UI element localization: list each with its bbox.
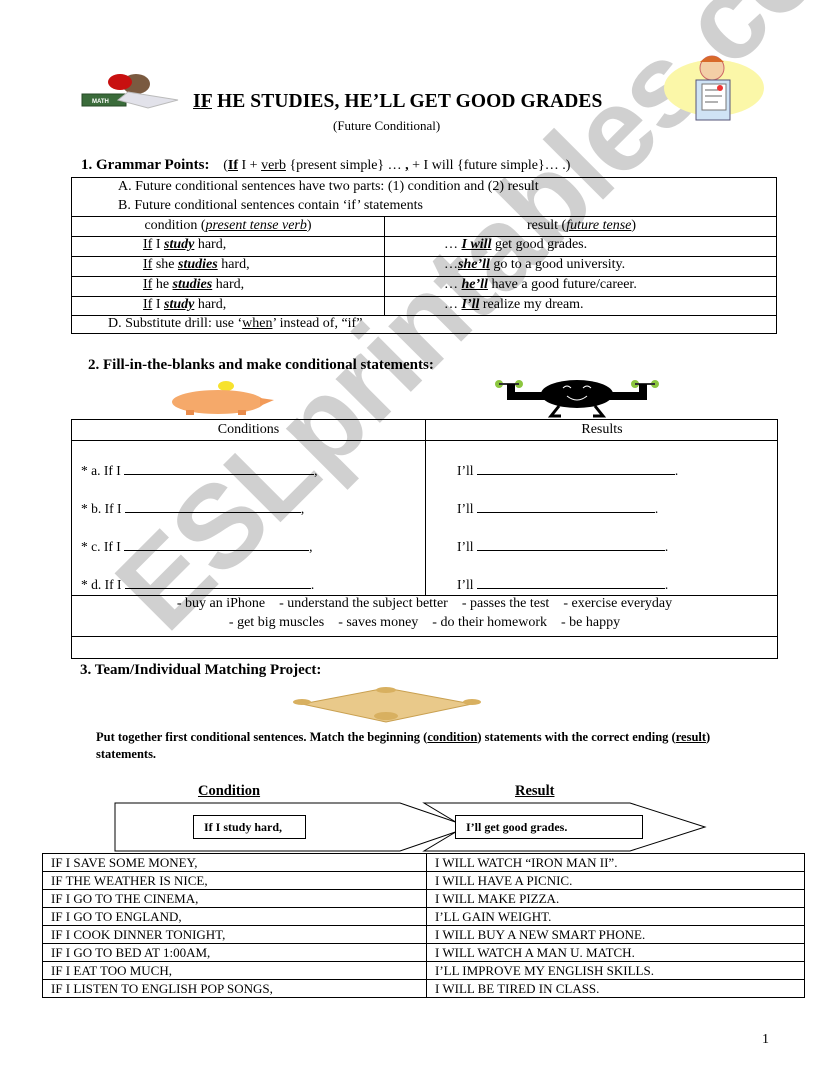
grammar-formula: (If I + verb {present simple} … , + I wi…: [223, 158, 570, 173]
matching-instructions: Put together first conditional sentences…: [96, 729, 716, 763]
fill-item-a-result: I’ll .: [457, 460, 678, 479]
matching-row: IF I COOK DINNER TONIGHT,I WILL BUY A NE…: [43, 926, 805, 944]
section3-heading: 3. Team/Individual Matching Project:: [80, 662, 321, 679]
result-column-header: result (future tense): [385, 218, 778, 234]
fill-item-a-condition: * a. If I ,: [81, 460, 317, 479]
matching-result-cell[interactable]: I WILL WATCH “IRON MAN II”.: [427, 854, 805, 872]
matching-condition-cell[interactable]: IF I COOK DINNER TONIGHT,: [43, 926, 427, 944]
blank-c-condition[interactable]: [124, 536, 309, 551]
example-result-1: … I will get good grades.: [444, 237, 587, 253]
matching-row: IF I GO TO ENGLAND,I’LL GAIN WEIGHT.: [43, 908, 805, 926]
example-result-2: …she’ll go to a good university.: [444, 257, 625, 273]
matching-row: IF I LISTEN TO ENGLISH POP SONGS,I WILL …: [43, 980, 805, 998]
matching-result-cell[interactable]: I WILL BE TIRED IN CLASS.: [427, 980, 805, 998]
svg-text:MATH: MATH: [92, 99, 109, 105]
matching-condition-cell[interactable]: IF I GO TO BED AT 1:00AM,: [43, 944, 427, 962]
blank-a-result[interactable]: [477, 460, 675, 475]
point-d: D. Substitute drill: use ‘when’ instead …: [108, 316, 362, 332]
title-if: IF: [193, 91, 212, 112]
page-title: IF HE STUDIES, HE’LL GET GOOD GRADES: [193, 91, 602, 113]
kid-report-image: [662, 52, 766, 124]
point-a: A. Future conditional sentences have two…: [118, 179, 539, 195]
word-bank-row-1: - buy an iPhone- understand the subject …: [72, 596, 777, 612]
blank-d-condition[interactable]: [125, 574, 311, 589]
fill-item-d-result: I’ll .: [457, 574, 668, 593]
blank-a-condition[interactable]: [124, 460, 314, 475]
example-result-4: … I’ll realize my dream.: [444, 297, 584, 313]
conditions-column-header: Conditions: [72, 422, 425, 438]
blank-b-result[interactable]: [477, 498, 655, 513]
page-subtitle: (Future Conditional): [333, 118, 440, 134]
boy-studying-image: MATH: [78, 70, 188, 110]
blank-c-result[interactable]: [477, 536, 665, 551]
blank-d-result[interactable]: [477, 574, 665, 589]
word-bank-row-2: - get big muscles- saves money- do their…: [72, 615, 777, 631]
blank-b-condition[interactable]: [125, 498, 301, 513]
matching-result-cell[interactable]: I WILL MAKE PIZZA.: [427, 890, 805, 908]
result-heading: Result: [515, 783, 554, 800]
point-b: B. Future conditional sentences contain …: [118, 198, 423, 214]
matching-condition-cell[interactable]: IF I GO TO THE CINEMA,: [43, 890, 427, 908]
teamwork-image: [282, 684, 492, 728]
matching-condition-cell[interactable]: IF I GO TO ENGLAND,: [43, 908, 427, 926]
example-condition-box: If I study hard,: [193, 815, 306, 839]
matching-row: IF I SAVE SOME MONEY,I WILL WATCH “IRON …: [43, 854, 805, 872]
matching-result-cell[interactable]: I’LL IMPROVE MY ENGLISH SKILLS.: [427, 962, 805, 980]
fill-item-c-result: I’ll .: [457, 536, 668, 555]
matching-result-cell[interactable]: I WILL HAVE A PICNIC.: [427, 872, 805, 890]
fill-item-b-condition: * b. If I ,: [81, 498, 304, 517]
grammar-points-box: A. Future conditional sentences have two…: [71, 177, 777, 334]
fill-in-table: Conditions Results * a. If I , I’ll . * …: [71, 419, 778, 659]
matching-condition-cell[interactable]: IF I LISTEN TO ENGLISH POP SONGS,: [43, 980, 427, 998]
example-condition-4: If I study hard,: [143, 297, 226, 313]
fill-item-b-result: I’ll .: [457, 498, 658, 517]
section1-heading: 1. Grammar Points: (If I + verb {present…: [81, 157, 570, 174]
example-condition-3: If he studies hard,: [143, 277, 244, 293]
fill-item-d-condition: * d. If I .: [81, 574, 314, 593]
matching-condition-cell[interactable]: IF I SAVE SOME MONEY,: [43, 854, 427, 872]
fill-item-c-condition: * c. If I ,: [81, 536, 312, 555]
strongman-image: [493, 378, 663, 418]
results-column-header: Results: [426, 422, 778, 438]
condition-column-header: condition (present tense verb): [72, 218, 384, 234]
matching-result-cell[interactable]: I WILL WATCH A MAN U. MATCH.: [427, 944, 805, 962]
title-rest: HE STUDIES, HE’LL GET GOOD GRADES: [212, 91, 602, 112]
example-condition-1: If I study hard,: [143, 237, 226, 253]
matching-result-cell[interactable]: I’LL GAIN WEIGHT.: [427, 908, 805, 926]
matching-condition-cell[interactable]: IF THE WEATHER IS NICE,: [43, 872, 427, 890]
matching-row: IF THE WEATHER IS NICE,I WILL HAVE A PIC…: [43, 872, 805, 890]
matching-row: IF I EAT TOO MUCH,I’LL IMPROVE MY ENGLIS…: [43, 962, 805, 980]
page-number: 1: [762, 1032, 769, 1048]
example-condition-2: If she studies hard,: [143, 257, 250, 273]
matching-row: IF I GO TO BED AT 1:00AM,I WILL WATCH A …: [43, 944, 805, 962]
matching-table: IF I SAVE SOME MONEY,I WILL WATCH “IRON …: [42, 853, 805, 998]
piggy-bank-image: [168, 380, 276, 416]
example-result-box: I’ll get good grades.: [455, 815, 643, 839]
condition-heading: Condition: [198, 783, 260, 800]
matching-result-cell[interactable]: I WILL BUY A NEW SMART PHONE.: [427, 926, 805, 944]
matching-row: IF I GO TO THE CINEMA,I WILL MAKE PIZZA.: [43, 890, 805, 908]
example-result-3: … he’ll have a good future/career.: [444, 277, 637, 293]
section2-heading: 2. Fill-in-the-blanks and make condition…: [88, 357, 434, 374]
matching-condition-cell[interactable]: IF I EAT TOO MUCH,: [43, 962, 427, 980]
